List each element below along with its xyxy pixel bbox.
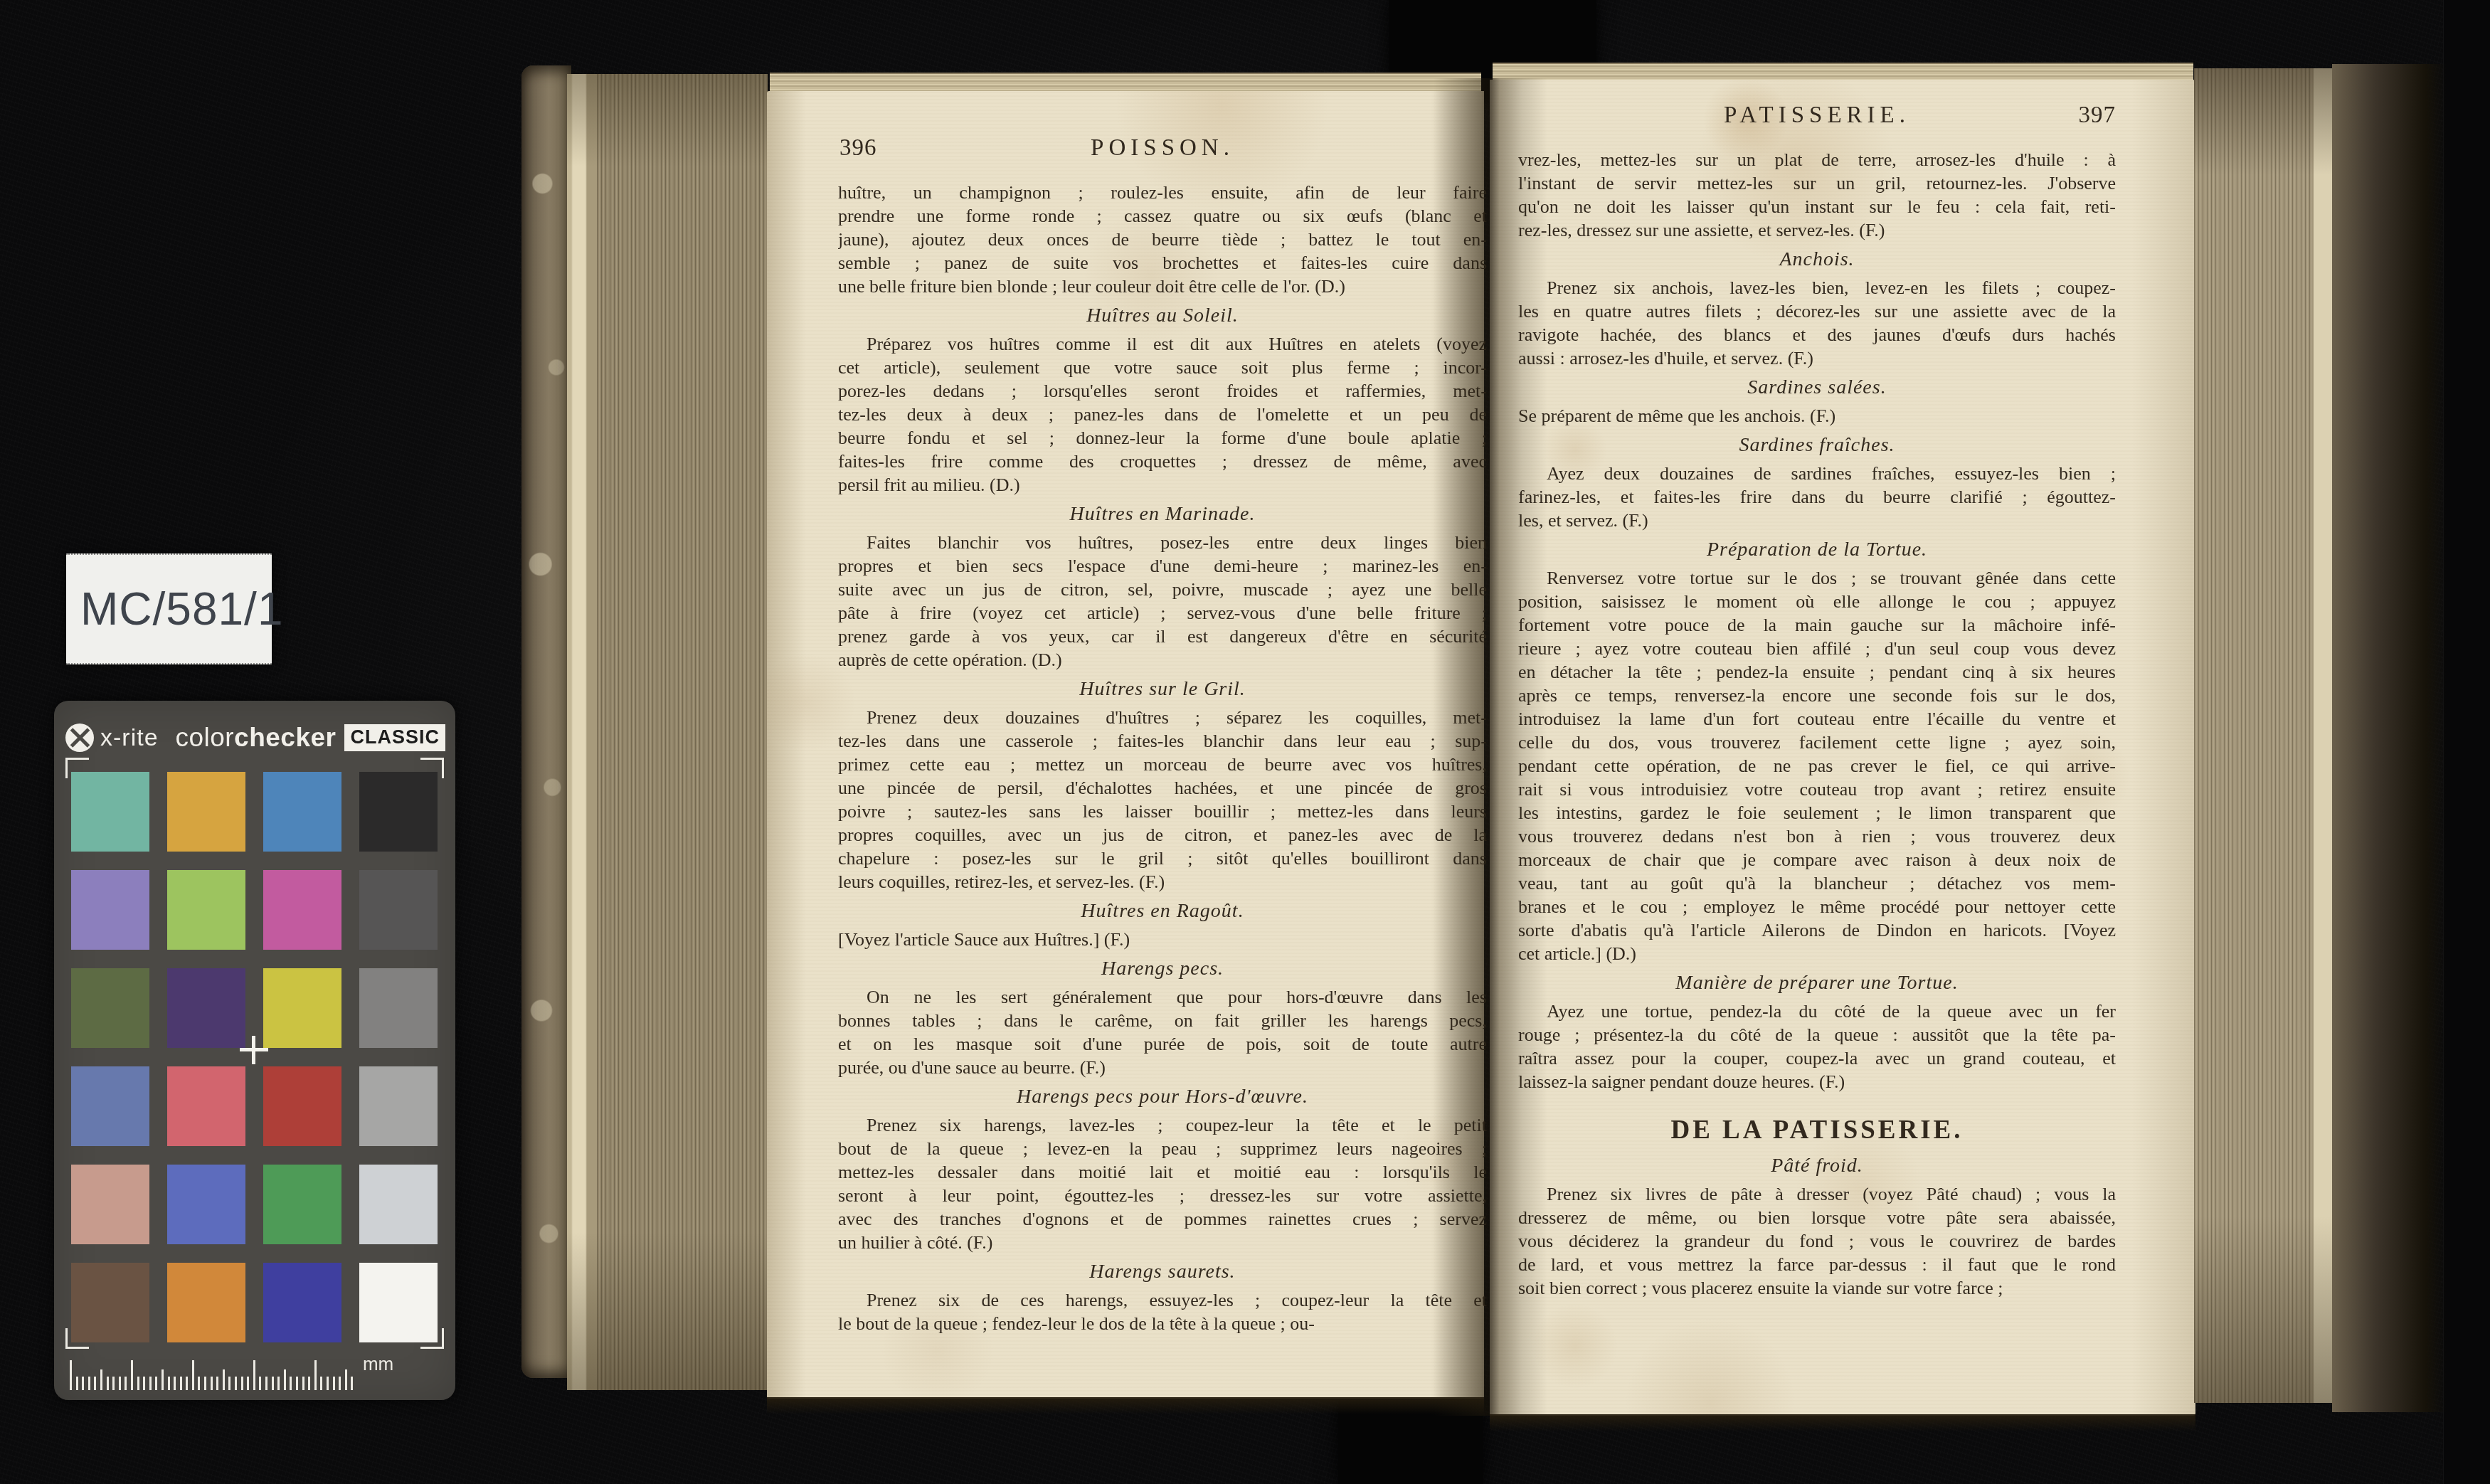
ruler-tick (100, 1369, 102, 1390)
color-patch (71, 772, 149, 852)
xrite-brand-text: x-rite (100, 724, 159, 752)
page-right: PATISSERIE. 397 vrez-les, mettez-les sur… (1490, 80, 2195, 1416)
text-line: jaune), ajoutez deux onces de beurre tiè… (838, 228, 1487, 251)
text-line: pâte à frire (voyez cet article) ; serve… (838, 601, 1487, 625)
section-heading: Manière de préparer une Tortue. (1518, 972, 2116, 995)
text-line: propres et bien secs l'espace d'une demi… (838, 554, 1487, 578)
text-line: Prenez deux douzaines d'huîtres ; sépare… (838, 706, 1487, 729)
text-line: les intestins, gardez le foie seulement … (1518, 801, 2116, 825)
text-line: de lard, et vous mettrez la farce par-de… (1518, 1253, 2116, 1276)
xrite-logo: x-rite (65, 724, 159, 752)
ruler-tick (314, 1360, 317, 1390)
ruler-tick (204, 1377, 206, 1390)
page-body: huître, un champignon ; roulez-les ensui… (838, 181, 1487, 1335)
ruler-tick (241, 1377, 243, 1390)
book-cover-edge-right (2332, 64, 2446, 1412)
section-heading: Pâté froid. (1518, 1155, 2116, 1177)
paragraph: Prenez six harengs, lavez-les ; coupez-l… (838, 1113, 1487, 1254)
text-line: l'instant de servir mettez-les sur un gr… (1518, 171, 2116, 195)
chapter-heading: DE LA PATISSERIE. (1518, 1115, 2116, 1146)
text-line: aussi : arrosez-les d'huile, et servez. … (1518, 346, 2116, 370)
ruler-tick (70, 1360, 72, 1390)
page-block-fore-edge-right (2194, 68, 2333, 1403)
text-line: dresserez de même, ou bien lorsque votre… (1518, 1206, 2116, 1229)
shelfmark-label: MC/581/1 (66, 553, 272, 664)
text-line: prendre une forme ronde ; cassez quatre … (838, 204, 1487, 228)
color-patch (167, 1165, 245, 1244)
text-line: rieure ; ayez votre couteau bien affilé … (1518, 637, 2116, 660)
color-patch (263, 1066, 341, 1146)
text-line: position, saisissez le moment où elle al… (1518, 590, 2116, 613)
section-heading: Huîtres en Marinade. (838, 503, 1487, 526)
text-line: propres coquilles, avec un jus de citron… (838, 823, 1487, 847)
text-line: un huilier à côté. (F.) (838, 1231, 1487, 1254)
text-line: vous trouverez dedans n'est bon à rien ;… (1518, 825, 2116, 848)
color-patch (359, 870, 438, 950)
text-line: Prenez six harengs, lavez-les ; coupez-l… (838, 1113, 1487, 1137)
text-line: rait si vous introduisiez votre couteau … (1518, 778, 2116, 801)
text-line: vous déciderez la grandeur du fond ; vou… (1518, 1229, 2116, 1253)
section-heading: Harengs pecs pour Hors-d'œuvre. (838, 1086, 1487, 1108)
text-line: pendant cette opération, de ne pas creve… (1518, 754, 2116, 778)
text-line: Ayez deux douzaines de sardines fraîches… (1518, 462, 2116, 485)
ruler-tick (277, 1377, 280, 1390)
registration-cross-icon (240, 1036, 268, 1064)
text-line: après ce temps, renversez-la encore une … (1518, 684, 2116, 707)
color-patch (359, 1263, 438, 1342)
color-patch (263, 772, 341, 852)
paragraph: Prenez six anchois, lavez-les bien, leve… (1518, 276, 2116, 370)
text-line: fortement votre pouce de la main gauche … (1518, 613, 2116, 637)
ruler-tick (94, 1377, 96, 1390)
ruler-tick (320, 1377, 322, 1390)
section-heading: Huîtres au Soleil. (838, 304, 1487, 327)
text-line: beurre fondu et sel ; donnez-leur la for… (838, 426, 1487, 450)
text-line: en détacher la tête ; pendez-la ensuite … (1518, 660, 2116, 684)
text-line: les, et servez. (F.) (1518, 509, 2116, 532)
ruler-tick (308, 1377, 310, 1390)
text-line: [Voyez l'article Sauce aux Huîtres.] (F.… (838, 928, 1487, 951)
text-line: le bout de la queue ; fendez-leur le dos… (838, 1312, 1487, 1335)
text-line: rez-les, dressez sur une assiette, et se… (1518, 218, 2116, 242)
colorchecker-title: colorchecker (175, 723, 336, 753)
text-line: laissez-la saigner pendant douze heures.… (1518, 1070, 2116, 1093)
text-line: Se préparent de même que les anchois. (F… (1518, 404, 2116, 428)
text-line: On ne les sert généralement que pour hor… (838, 985, 1487, 1009)
color-patch (71, 1263, 149, 1342)
text-line: introduisez la lame d'un fort couteau en… (1518, 707, 2116, 731)
color-patch (359, 1165, 438, 1244)
section-heading: Harengs pecs. (838, 958, 1487, 980)
colorchecker-title-bold: checker (234, 723, 336, 752)
text-line: Faites blanchir vos huîtres, posez-les e… (838, 531, 1487, 554)
text-line: tez-les deux à deux ; panez-les dans de … (838, 403, 1487, 426)
ruler-tick (290, 1377, 292, 1390)
text-line: mettez-les dessaler dans moitié lait et … (838, 1160, 1487, 1184)
color-patch (359, 968, 438, 1048)
color-patch (167, 968, 245, 1048)
color-patch (263, 968, 341, 1048)
ruler-tick (161, 1369, 164, 1390)
page-number: 396 (839, 135, 877, 161)
ruler-tick (149, 1377, 152, 1390)
ruler-tick (296, 1377, 298, 1390)
ruler-tick (333, 1377, 335, 1390)
paragraph: huître, un champignon ; roulez-les ensui… (838, 181, 1487, 298)
color-patch (167, 1066, 245, 1146)
ruler-tick (216, 1377, 218, 1390)
text-line: branes et le cou ; employez le même proc… (1518, 895, 2116, 918)
ruler-tick (259, 1377, 261, 1390)
text-line: bonnes tables ; dans le carême, on fait … (838, 1009, 1487, 1032)
section-heading: Anchois. (1518, 248, 2116, 271)
color-patch (167, 870, 245, 950)
running-title: PATISSERIE. (1724, 102, 1910, 129)
ruler: mm (70, 1353, 393, 1390)
page-header: PATISSERIE. 397 (1518, 102, 2116, 132)
paragraph: Préparez vos huîtres comme il est dit au… (838, 332, 1487, 497)
section-heading: Sardines fraîches. (1518, 434, 2116, 457)
page-bottom-shadow-right (1490, 1414, 2195, 1431)
text-line: une pincée de persil, d'échalottes haché… (838, 776, 1487, 800)
section-heading: Huîtres sur le Gril. (838, 678, 1487, 701)
color-patch (263, 1263, 341, 1342)
ruler-tick (107, 1377, 109, 1390)
text-line: cet article.] (D.) (1518, 942, 2116, 965)
text-line: suite avec un jus de citron, sel, poivre… (838, 578, 1487, 601)
paragraph: Prenez deux douzaines d'huîtres ; sépare… (838, 706, 1487, 894)
text-line: Prenez six anchois, lavez-les bien, leve… (1518, 276, 2116, 300)
paragraph: Se préparent de même que les anchois. (F… (1518, 404, 2116, 428)
ruler-tick (302, 1377, 304, 1390)
ruler-tick (247, 1377, 249, 1390)
text-line: avec des tranches d'ognons et de pommes … (838, 1207, 1487, 1231)
paragraph: On ne les sert généralement que pour hor… (838, 985, 1487, 1079)
text-line: celle du dos, vous trouverez facilement … (1518, 731, 2116, 754)
text-line: Prenez six de ces harengs, essuyez-les ;… (838, 1288, 1487, 1312)
xrite-mark-icon (65, 724, 94, 752)
paragraph: Prenez six de ces harengs, essuyez-les ;… (838, 1288, 1487, 1335)
colorchecker-title-light: color (175, 723, 234, 752)
color-patch (71, 968, 149, 1048)
page-bottom-shadow-left (767, 1397, 1484, 1414)
ruler-tick (124, 1377, 127, 1390)
color-patch (71, 1165, 149, 1244)
text-line: qu'on ne doit les laisser qu'un instant … (1518, 195, 2116, 218)
section-heading: Préparation de la Tortue. (1518, 539, 2116, 561)
text-line: semble ; panez de suite vos brochettes e… (838, 251, 1487, 275)
ruler-tick (168, 1377, 170, 1390)
page-header: 396 POISSON. (838, 135, 1487, 165)
ruler-tick (272, 1377, 274, 1390)
running-title: POISSON. (1091, 135, 1234, 161)
ruler-tick (339, 1377, 341, 1390)
text-line: morceaux de chair que je compare avec ra… (1518, 848, 2116, 871)
paragraph: Faites blanchir vos huîtres, posez-les e… (838, 531, 1487, 672)
text-line: vrez-les, mettez-les sur un plat de terr… (1518, 148, 2116, 171)
color-patch (167, 1263, 245, 1342)
text-line: rouge ; présentez-la du côté de la queue… (1518, 1023, 2116, 1046)
text-line: cet article), seulement que votre sauce … (838, 356, 1487, 379)
text-line: les en quatre autres filets ; décorez-le… (1518, 300, 2116, 323)
ruler-tick (155, 1377, 157, 1390)
ruler-tick (198, 1377, 200, 1390)
text-line: chapelure : posez-les sur le gril ; sitô… (838, 847, 1487, 870)
color-patch (71, 1066, 149, 1146)
colorchecker-card: x-rite colorchecker CLASSIC mm (54, 701, 455, 1400)
color-patch (263, 1165, 341, 1244)
ruler-tick (186, 1377, 188, 1390)
text-line: sorte d'abatis qu'à l'article Ailerons d… (1518, 918, 2116, 942)
paragraph: Renversez votre tortue sur le dos ; se t… (1518, 566, 2116, 965)
section-heading: Huîtres en Ragoût. (838, 900, 1487, 923)
text-line: auprès de cette opération. (D.) (838, 648, 1487, 672)
color-patch (71, 870, 149, 950)
ruler-tick (211, 1377, 213, 1390)
paragraph: [Voyez l'article Sauce aux Huîtres.] (F.… (838, 928, 1487, 951)
text-line: raîtra assez pour la couper, coupez-la a… (1518, 1046, 2116, 1070)
ruler-tick (345, 1369, 347, 1390)
ruler-tick (76, 1377, 78, 1390)
text-line: Ayez une tortue, pendez-la du côté de la… (1518, 1000, 2116, 1023)
text-line: leurs coquilles, retirez-les, et servez-… (838, 870, 1487, 894)
ruler-tick (223, 1369, 225, 1390)
ruler-tick (131, 1360, 133, 1390)
section-heading: Sardines salées. (1518, 376, 2116, 399)
ruler-tick (180, 1377, 182, 1390)
paragraph: Ayez deux douzaines de sardines fraîches… (1518, 462, 2116, 532)
text-line: faites-les frire comme des croquettes ; … (838, 450, 1487, 473)
ruler-tick (351, 1377, 353, 1390)
text-line: persil frit au milieu. (D.) (838, 473, 1487, 497)
ruler-tick (192, 1360, 194, 1390)
text-line: primez cette eau ; mettez un morceau de … (838, 753, 1487, 776)
ruler-tick (284, 1369, 286, 1390)
color-patch (167, 772, 245, 852)
ruler-tick (137, 1377, 139, 1390)
ruler-tick (253, 1360, 255, 1390)
ruler-tick (265, 1377, 267, 1390)
ruler-tick (327, 1377, 329, 1390)
ruler-unit-label: mm (363, 1353, 393, 1375)
ruler-tick (235, 1377, 237, 1390)
text-line: ravigote hachée, des blancs et des jaune… (1518, 323, 2116, 346)
text-line: et on les masque soit d'une purée de poi… (838, 1032, 1487, 1056)
ruler-tick (88, 1377, 90, 1390)
photo-stage: 396 POISSON. huître, un champignon ; rou… (0, 0, 2490, 1484)
ruler-tick (143, 1377, 145, 1390)
colorchecker-edition-badge: CLASSIC (344, 724, 445, 751)
ruler-tick (112, 1377, 115, 1390)
paragraph: Ayez une tortue, pendez-la du côté de la… (1518, 1000, 2116, 1093)
color-patch (359, 772, 438, 852)
text-line: Prenez six livres de pâte à dresser (voy… (1518, 1182, 2116, 1206)
page-block-fore-edge-left (567, 74, 768, 1390)
ruler-tick (228, 1377, 231, 1390)
text-line: Préparez vos huîtres comme il est dit au… (838, 332, 1487, 356)
text-line: purée, ou d'une sauce au beurre. (F.) (838, 1056, 1487, 1079)
page-number: 397 (2079, 102, 2116, 129)
text-line: veau, tant au goût qu'à la blancheur ; d… (1518, 871, 2116, 895)
text-line: Renversez votre tortue sur le dos ; se t… (1518, 566, 2116, 590)
text-line: seront à leur point, égouttez-les ; dres… (838, 1184, 1487, 1207)
shelfmark-text: MC/581/1 (66, 583, 283, 635)
text-line: porez-les dedans ; lorsqu'elles seront f… (838, 379, 1487, 403)
text-line: poivre ; sautez-les sans les laisser bou… (838, 800, 1487, 823)
text-line: prenez garde à vos yeux, car il est dang… (838, 625, 1487, 648)
ruler-tick (174, 1377, 176, 1390)
text-line: huître, un champignon ; roulez-les ensui… (838, 181, 1487, 204)
colorchecker-header: x-rite colorchecker CLASSIC (65, 721, 445, 755)
text-line: soit bien correct ; vous placerez ensuit… (1518, 1276, 2116, 1300)
text-line: farinez-les, et faites-les frire dans du… (1518, 485, 2116, 509)
section-heading: Harengs saurets. (838, 1261, 1487, 1283)
paragraph: vrez-les, mettez-les sur un plat de terr… (1518, 148, 2116, 242)
book-cover-edge-left (521, 65, 571, 1378)
paragraph: Prenez six livres de pâte à dresser (voy… (1518, 1182, 2116, 1300)
text-line: bout de la queue ; levez-en la peau ; su… (838, 1137, 1487, 1160)
color-patch (359, 1066, 438, 1146)
page-body: vrez-les, mettez-les sur un plat de terr… (1518, 148, 2116, 1300)
text-line: une belle friture bien blonde ; leur cou… (838, 275, 1487, 298)
page-left: 396 POISSON. huître, un champignon ; rou… (767, 91, 1484, 1399)
ruler-tick (82, 1377, 84, 1390)
ruler-tick (119, 1377, 121, 1390)
text-line: tez-les dans une casserole ; faites-les … (838, 729, 1487, 753)
color-patch (263, 870, 341, 950)
